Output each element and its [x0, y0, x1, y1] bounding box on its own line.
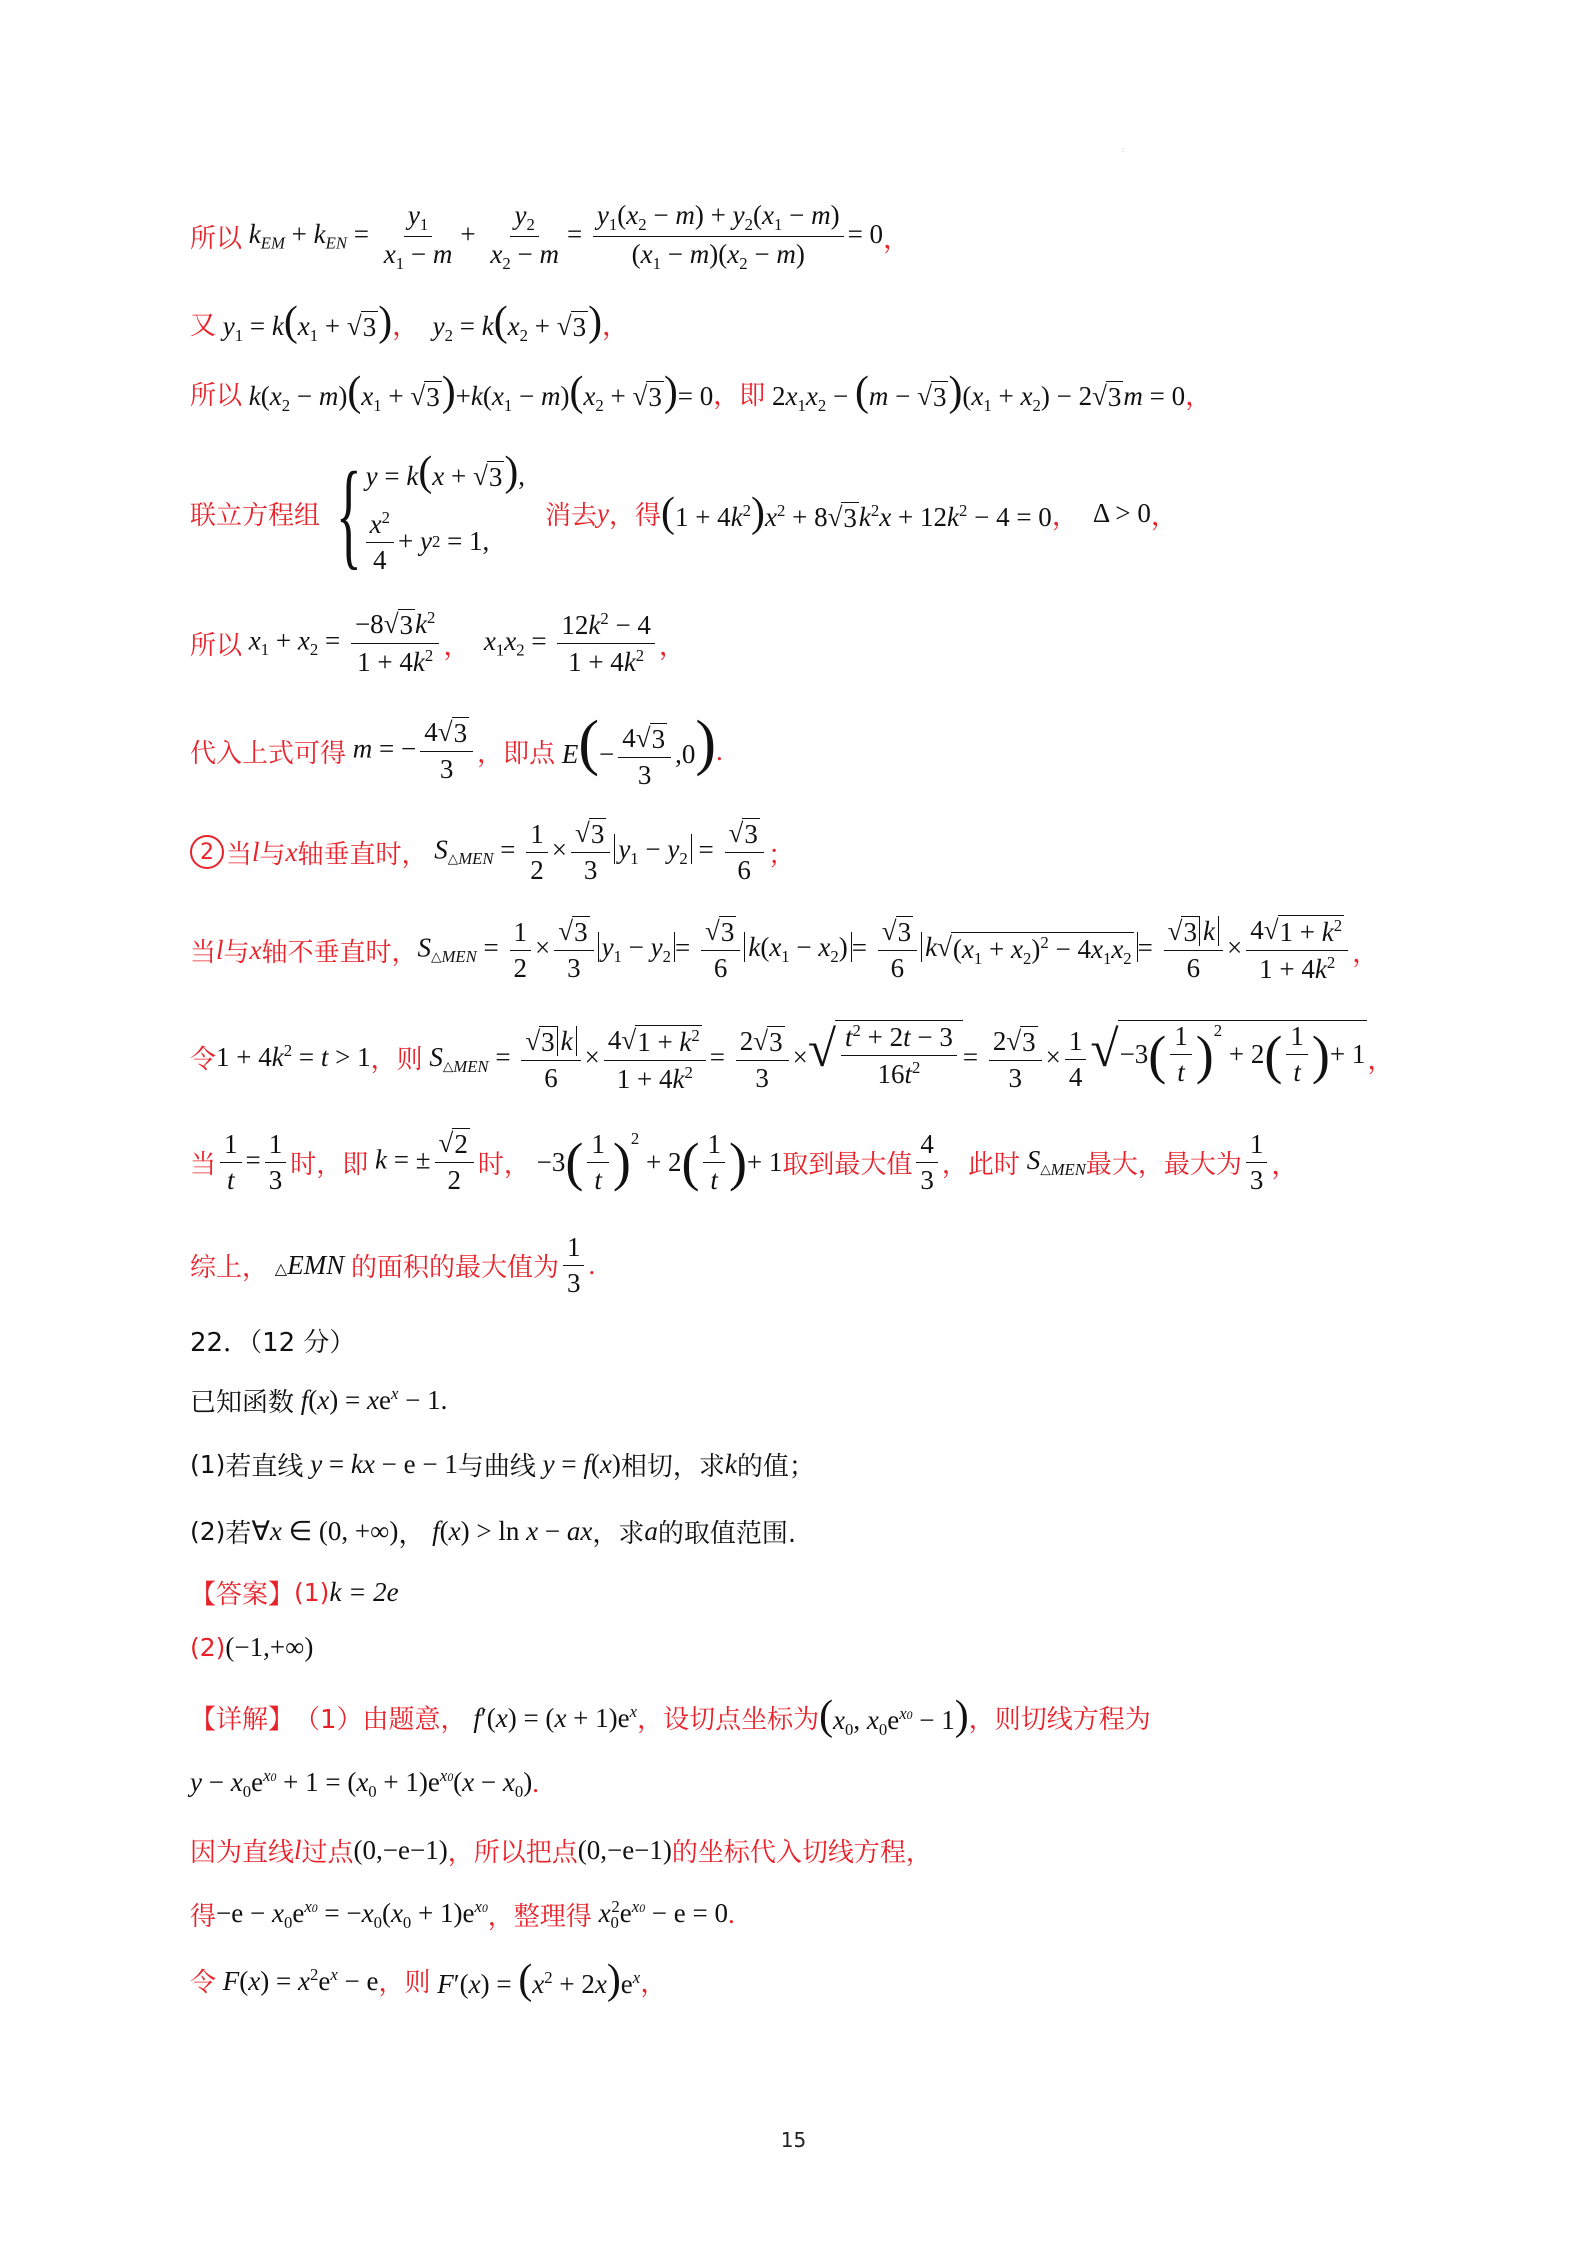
m-formula: m = −4√33: [346, 717, 477, 785]
label: 当: [190, 932, 216, 969]
label: 时，: [478, 1144, 530, 1181]
line-y-values: 又 y1 = k(x1 + √3) ， y2 = k(x2 + √3) ，: [190, 302, 629, 346]
line-case-not-perpendicular: 当 l 与 x 轴不垂直时， S△MEN = 12×√33y1 − y2= √3…: [190, 915, 1379, 985]
label: 时，即: [290, 1144, 368, 1181]
label: 的坐标代入切线方程，: [672, 1832, 932, 1869]
detail-line-5: 令 F(x) = x2ex − e ，则 F′(x) = (x2 + 2x)ex…: [190, 1960, 667, 2002]
area-formula: S△MEN = 12×√33y1 − y2= √36k(x1 − x2)= √3…: [418, 915, 1353, 985]
punct: ，: [602, 304, 629, 343]
formula-y1: y1 = k(x1 + √3): [216, 302, 392, 346]
k-value: k = ±√22: [368, 1128, 478, 1196]
line-m-value: 代入上式可得 m = −4√33 ，即点 E(−4√33,0) .: [190, 712, 723, 791]
label: 又: [190, 305, 216, 342]
curve-eq: y = f(x): [536, 1449, 621, 1480]
answer-1: k = 2e: [329, 1577, 398, 1608]
triangle-EMN: △EMN: [268, 1250, 351, 1281]
label-get: ，得: [609, 495, 661, 532]
system-row-2: x24+ y2 = 1,: [366, 508, 525, 576]
equation-system: { y = k(x + √3), x24+ y2 = 1,: [320, 452, 525, 576]
var-l: l: [216, 935, 224, 966]
detail-line-3: 因为直线 l 过点 (0,−e−1) ，所以把点 (0,−e−1) 的坐标代入切…: [190, 1832, 932, 1869]
F-def: F(x) = x2ex − e: [216, 1965, 378, 1997]
punct: ，: [1185, 374, 1212, 413]
punct: .: [532, 1768, 539, 1799]
part-number: (1): [294, 1578, 329, 1607]
t-condition: 1 + 4k2 = t > 1: [216, 1041, 371, 1073]
label: 轴不垂直时，: [262, 932, 418, 969]
area-symbol: S△MEN: [1020, 1145, 1086, 1180]
label: ，则: [378, 1962, 430, 1999]
label: ，此时: [942, 1144, 1020, 1181]
question-22-stem: 已知函数 f(x) = xex − 1 .: [190, 1382, 447, 1419]
label: 与: [260, 834, 286, 871]
formula-2: 2x1x2 − (m − √3)(x1 + x2) − 2√3m = 0: [765, 372, 1185, 416]
formula: kEM + kEN = y1x1 − m+ y2x2 − m= y1(x2 − …: [242, 200, 883, 273]
line-conclusion: 综上， △EMN 的面积的最大值为 13 .: [190, 1232, 595, 1299]
formula-y2: y2 = k(x2 + √3): [419, 302, 602, 346]
label-ji: ，即: [713, 375, 765, 412]
line-case-perpendicular: 2 当 l 与 x 轴垂直时， S△MEN = 12×√33y1 − y2 = …: [190, 818, 795, 886]
var-l: l: [294, 1835, 302, 1866]
page-number: 15: [0, 2128, 1587, 2152]
corner-mark: :: [1122, 145, 1124, 154]
label: 若: [225, 1513, 251, 1550]
punct: ；: [768, 833, 795, 872]
label: 最大，最大为: [1086, 1144, 1242, 1181]
brace-icon: {: [336, 454, 362, 574]
tangent-point: (x0, x0ex0 − 1): [819, 1696, 969, 1740]
t-value: 1t=13: [216, 1129, 290, 1196]
punct: ，: [1271, 1143, 1298, 1182]
inequality: f(x) > ln x − ax: [425, 1516, 592, 1547]
label: ，则: [371, 1039, 423, 1076]
answer-2: (−1,+∞): [225, 1632, 313, 1663]
sep: ，: [392, 304, 419, 343]
answer-line-1: 【答案】 (1) k = 2e: [190, 1574, 399, 1611]
sum-roots: x1 + x2 = −8√3k21 + 4k2: [242, 608, 443, 678]
answer-line-2: (2) (−1,+∞): [190, 1632, 313, 1663]
label: 的面积的最大值为: [351, 1247, 559, 1284]
label: 得: [190, 1896, 216, 1933]
point: (0,−e−1): [354, 1835, 448, 1866]
quadratic: (1 + 4k2)x2 + 8√3k2x + 12k2 − 4 = 0: [661, 493, 1052, 535]
label: 若直线: [225, 1446, 303, 1483]
label: 所以: [190, 375, 242, 412]
line-system: 联立方程组 { y = k(x + √3), x24+ y2 = 1, 消去 y…: [190, 452, 1178, 576]
label: 代入上式可得: [190, 733, 346, 770]
label: ，设切点坐标为: [637, 1699, 819, 1736]
quadratic-in-t: −3(1t)2 + 2(1t)+ 1: [530, 1129, 783, 1196]
punct: ，: [659, 624, 686, 663]
label: 的取值范围.: [658, 1513, 796, 1550]
line-slope-sum: 所以 kEM + kEN = y1x1 − m+ y2x2 − m= y1(x2…: [190, 200, 910, 273]
simplified-eq: x02ex0 − e = 0: [592, 1897, 728, 1933]
point-E: E(−4√33,0): [555, 712, 716, 791]
label: 与曲线: [458, 1446, 536, 1483]
label: 过点: [302, 1832, 354, 1869]
system-row-1: y = k(x + √3),: [366, 452, 525, 494]
punct: ，: [1367, 1038, 1394, 1077]
derivative: f′(x) = (x + 1)ex: [467, 1702, 638, 1734]
question-number: 22．（12 分）: [190, 1322, 355, 1359]
punct: ，: [1352, 931, 1379, 970]
area-in-t: S△MEN = √3k6×4√1 + k21 + 4k2= 2√33×√t2 +…: [423, 1020, 1368, 1095]
label: 因为直线: [190, 1832, 294, 1869]
part-number: (2): [190, 1633, 225, 1662]
formula-1: k(x2 − m)(x1 + √3)+k(x1 − m)(x2 + √3)= 0: [242, 372, 713, 416]
sep: ，: [1052, 494, 1079, 533]
label: 令: [190, 1039, 216, 1076]
line-expanded: 所以 k(x2 − m)(x1 + √3)+k(x1 − m)(x2 + √3)…: [190, 372, 1212, 416]
label: ，整理得: [488, 1896, 592, 1933]
label: ，所以把点: [448, 1832, 578, 1869]
line-eq: y = kx − e − 1: [303, 1449, 457, 1480]
punct: ，: [1151, 494, 1178, 533]
punct: ，: [640, 1961, 667, 2000]
detail-line-1: 【详解】 （1）由题意， f′(x) = (x + 1)ex ，设切点坐标为 (…: [190, 1696, 1151, 1740]
var-y: y: [597, 498, 609, 529]
question-22-header: 22．（12 分）: [190, 1322, 355, 1359]
line-maximum: 当 1t=13 时，即 k = ±√22 时， −3(1t)2 + 2(1t)+…: [190, 1128, 1298, 1196]
final-value: 13: [559, 1232, 589, 1299]
label-point: ，即点: [477, 733, 555, 770]
sep: ，: [443, 624, 470, 663]
label: 的值；: [737, 1446, 815, 1483]
label: 当: [190, 1144, 216, 1181]
var-k: k: [725, 1449, 737, 1480]
punct: .: [716, 736, 723, 767]
detail-line-2: y − x0ex0 + 1 = (x0 + 1)ex0(x − x0) .: [190, 1766, 539, 1802]
answer-tag: 【答案】: [190, 1574, 294, 1611]
label: 取到最大值: [782, 1144, 912, 1181]
label: 联立方程组: [190, 495, 320, 532]
var-a: a: [644, 1516, 658, 1547]
detail-line-4: 得 −e − x0ex0 = −x0(x0 + 1)ex0 ，整理得 x02ex…: [190, 1896, 735, 1933]
F-derivative: F′(x) = (x2 + 2x)ex: [430, 1960, 640, 2002]
punct: .: [728, 1899, 735, 1930]
label: ，求: [592, 1513, 644, 1550]
part-number: (1): [190, 1450, 225, 1479]
punct: .: [588, 1250, 595, 1281]
question-22-part-1: (1) 若直线 y = kx − e − 1 与曲线 y = f(x) 相切，求…: [190, 1446, 815, 1483]
part-number: (2): [190, 1517, 225, 1546]
tangent-equation: y − x0ex0 + 1 = (x0 + 1)ex0(x − x0): [190, 1766, 532, 1802]
var-x: x: [286, 837, 298, 868]
label: 所以: [190, 625, 242, 662]
product-roots: x1x2 = 12k2 − 41 + 4k2: [470, 609, 659, 678]
detail-tag: 【详解】: [190, 1699, 294, 1736]
point: (0,−e−1): [578, 1835, 672, 1866]
label: 轴垂直时，: [298, 834, 428, 871]
line-substitute-t: 令 1 + 4k2 = t > 1 ，则 S△MEN = √3k6×4√1 + …: [190, 1020, 1394, 1095]
domain-condition: ∀x ∈ (0, +∞): [251, 1516, 398, 1547]
discriminant: Δ > 0: [1093, 498, 1151, 529]
circled-number-2: 2: [190, 835, 224, 869]
label: 已知函数: [190, 1382, 294, 1419]
label: 相切，求: [621, 1446, 725, 1483]
var-l: l: [252, 837, 260, 868]
area-formula: S△MEN = 12×√33y1 − y2 = √36: [428, 818, 768, 886]
label: （1）由题意，: [294, 1699, 467, 1736]
max-area: 13: [1242, 1129, 1272, 1196]
label: 令: [190, 1962, 216, 1999]
substituted-eq: −e − x0ex0 = −x0(x0 + 1)ex0: [216, 1897, 488, 1933]
sep: ，: [398, 1512, 425, 1551]
label-eliminate: 消去: [545, 495, 597, 532]
punct: ，: [883, 217, 910, 256]
label: 当: [226, 834, 252, 871]
max-value: 43: [912, 1129, 942, 1196]
label: 所以: [190, 218, 242, 255]
label: 与: [224, 932, 250, 969]
label: ，则切线方程为: [969, 1699, 1151, 1736]
punct: .: [441, 1385, 448, 1416]
label: 综上，: [190, 1247, 268, 1284]
function-def: f(x) = xex − 1: [294, 1384, 441, 1416]
line-vieta: 所以 x1 + x2 = −8√3k21 + 4k2 ， x1x2 = 12k2…: [190, 608, 686, 678]
question-22-part-2: (2) 若 ∀x ∈ (0, +∞) ， f(x) > ln x − ax ，求…: [190, 1512, 796, 1551]
var-x: x: [250, 935, 262, 966]
